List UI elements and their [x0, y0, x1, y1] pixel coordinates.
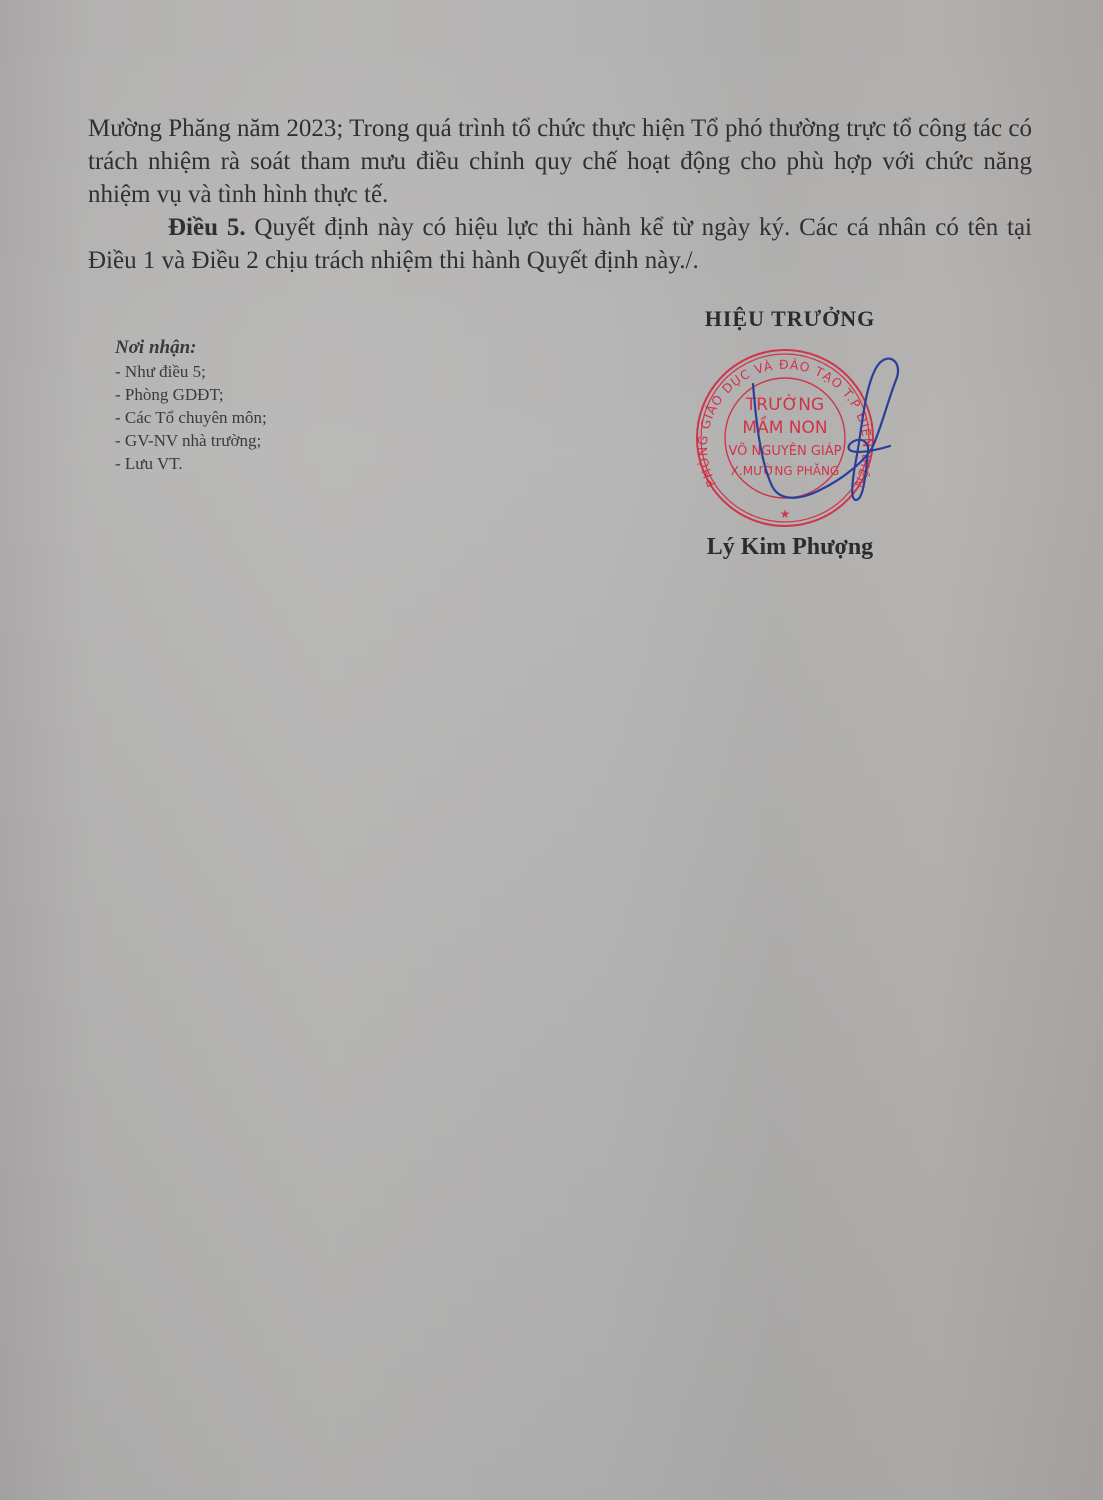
- article-heading: Điều 5.: [168, 214, 246, 241]
- recipients-title: Nơi nhận:: [115, 336, 267, 359]
- stamp-line: X.MƯỜNG PHĂNG: [731, 463, 839, 478]
- paragraph-continuation: Mường Phăng năm 2023; Trong quá trình tổ…: [88, 112, 1032, 211]
- signer-name: Lý Kim Phượng: [660, 534, 920, 561]
- paragraph-article-5: Điều 5. Quyết định này có hiệu lực thi h…: [88, 211, 1032, 277]
- recipients-block: Nơi nhận: - Như điều 5; - Phòng GDĐT; - …: [115, 336, 267, 475]
- stamp-icon: PHÒNG GIÁO DỤC VÀ ĐÀO TẠO T.P ĐIỆN BIÊN …: [660, 340, 920, 530]
- document-body: Mường Phăng năm 2023; Trong quá trình tổ…: [88, 112, 1032, 277]
- stamp-star: ★: [780, 507, 791, 521]
- paragraph-text: Mường Phăng năm 2023; Trong quá trình tổ…: [88, 115, 1032, 208]
- signature-block: HIỆU TRƯỞNG PHÒNG GIÁO DỤC VÀ ĐÀO TẠO T.…: [660, 306, 920, 561]
- stamp-line: TRƯỜNG: [745, 393, 824, 415]
- recipient-item: - Phòng GDĐT;: [115, 383, 267, 406]
- recipients-list: - Như điều 5; - Phòng GDĐT; - Các Tổ chu…: [115, 360, 267, 475]
- stamp-line: VÕ NGUYÊN GIÁP: [729, 443, 842, 459]
- recipient-item: - Lưu VT.: [115, 452, 267, 475]
- signer-title: HIỆU TRƯỞNG: [660, 306, 920, 332]
- recipient-item: - Các Tổ chuyên môn;: [115, 406, 267, 429]
- recipient-item: - Như điều 5;: [115, 360, 267, 383]
- recipient-item: - GV-NV nhà trường;: [115, 429, 267, 452]
- official-stamp: PHÒNG GIÁO DỤC VÀ ĐÀO TẠO T.P ĐIỆN BIÊN …: [660, 340, 920, 530]
